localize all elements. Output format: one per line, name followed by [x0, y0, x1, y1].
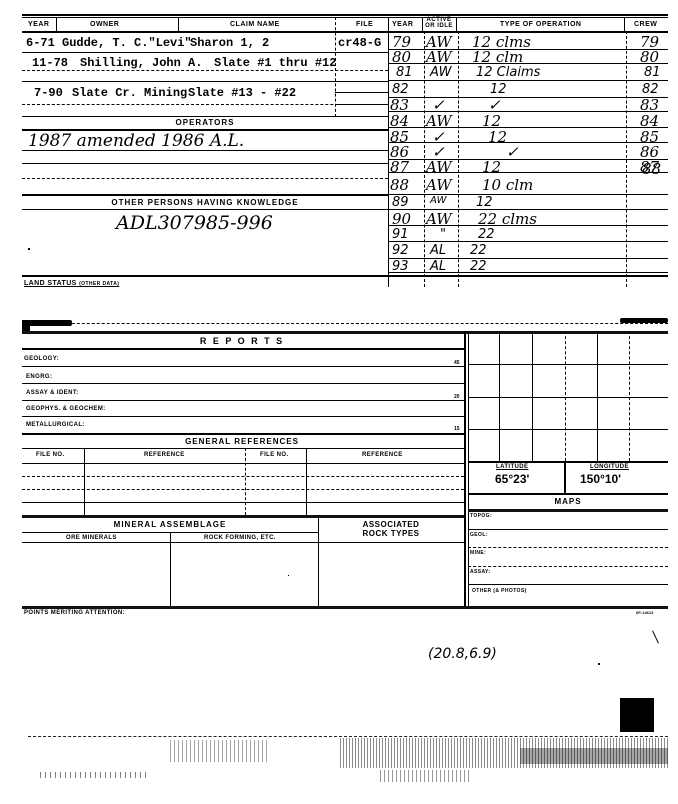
claim-row-3-year: 7-90 [34, 86, 63, 100]
longitude-value: 150°10' [580, 472, 621, 486]
op-row-10-status: AW [426, 176, 452, 194]
maps-title: MAPS [468, 497, 668, 506]
op-row-9-type: 12 [482, 158, 501, 176]
op-row-13-status: " [440, 227, 446, 242]
other-persons-entry-1: ADL307985-996 [116, 212, 273, 234]
points-meriting-attention-label: POINTS MERITING ATTENTION: [24, 610, 125, 616]
op-row-9-status: AW [426, 158, 452, 176]
op-row-13-year: 91 [392, 227, 409, 242]
claim-row-1-owner: Gudde, T. C."Levi" [62, 36, 192, 50]
op-row-11-type: 12 [476, 195, 493, 210]
col-header-active-idle: ACTIVE OR IDLE [424, 17, 454, 29]
maps-other-photos: OTHER (& PHOTOS) [472, 588, 527, 594]
longitude-label: LONGITUDE [590, 464, 629, 470]
op-row-4-type: 12 [490, 82, 507, 97]
land-status-sublabel: (OTHER DATA) [79, 281, 119, 287]
op-row-9-year: 87 [390, 158, 409, 176]
col-header-year: YEAR [28, 21, 49, 28]
op-row-7-type: 12 [488, 128, 507, 146]
maps-assay: ASSAY: [470, 569, 490, 575]
col-header-op-year: YEAR [392, 21, 413, 28]
operator-entry-1: 1987 amended 1986 A.L. [28, 131, 244, 151]
claim-row-2-claim-name: Slate #1 thru #12 [214, 56, 336, 70]
maps-topog: TOPOG: [470, 513, 492, 519]
op-row-8-type: ✓ [506, 143, 519, 161]
op-row-10-type: 10 clm [482, 176, 533, 194]
report-geophys-label: GEOPHYS. & GEOCHEM: [26, 406, 106, 412]
report-metallurgical-label: METALLURGICAL: [26, 422, 85, 428]
col-header-claim-name: CLAIM NAME [230, 21, 280, 28]
maps-mine: MINE: [470, 550, 486, 556]
op-row-14-status: AL [430, 243, 446, 258]
report-geology-label: GEOLOGY: [24, 356, 59, 362]
op-row-2-year: 80 [392, 48, 411, 66]
land-status-label: LAND STATUS [24, 280, 77, 287]
claim-row-2-year: 11-78 [32, 56, 68, 70]
form-number: 6P-14613 [636, 610, 653, 615]
operators-title: OPERATORS [22, 118, 388, 127]
claim-row-1-year: 6-71 [26, 36, 55, 50]
col-header-crew: CREW [634, 21, 657, 28]
associated-rock-types-line2: ROCK TYPES [318, 529, 464, 538]
claim-row-1-claim-name: Sharon 1, 2 [190, 36, 269, 50]
report-assay-label: ASSAY & IDENT: [26, 390, 79, 396]
report-engrg-label: ENGRG: [26, 374, 52, 380]
col-header-file: FILE [356, 21, 373, 28]
op-row-10-year: 88 [390, 176, 409, 194]
handwritten-coordinates-note: (20.8,6.9) [428, 646, 497, 662]
latitude-value: 65°23' [495, 472, 529, 486]
report-metallurgical-page: 15 [454, 426, 460, 432]
op-row-2-crew: 80 [640, 48, 659, 66]
op-row-4-crew: 82 [642, 82, 659, 97]
op-row-12-type: 22 clms [478, 210, 537, 228]
col-header-owner: OWNER [90, 21, 119, 28]
op-row-15-type: 22 [470, 259, 487, 274]
claim-row-2-owner: Shilling, John A. [80, 56, 202, 70]
op-row-3-status: AW [430, 65, 452, 80]
op-row-4-year: 82 [392, 82, 409, 97]
reports-title: R E P O R T S [22, 336, 462, 346]
op-row-3-crew: 81 [644, 65, 661, 80]
general-references-title: GENERAL REFERENCES [22, 437, 462, 446]
maps-geol: GEOL: [470, 532, 488, 538]
claim-row-3-claim-name: Slate #13 - #22 [188, 86, 296, 100]
associated-rock-types-line1: ASSOCIATED [318, 520, 464, 529]
op-row-14-year: 92 [392, 243, 409, 258]
claim-row-3-owner: Slate Cr. Mining [72, 86, 187, 100]
op-row-13-type: 22 [478, 227, 495, 242]
gen-ref-header-file-no-1: FILE NO. [36, 452, 65, 458]
claim-row-1-file: cr48-G [338, 36, 381, 50]
op-row-15-year: 93 [392, 259, 409, 274]
ore-minerals-header: ORE MINERALS [66, 535, 117, 541]
op-row-2-type: 12 clm [472, 48, 523, 66]
op-row-3-year: 81 [396, 65, 413, 80]
op-row-11-status: AW [430, 195, 447, 206]
op-row-15-status: AL [430, 259, 446, 274]
col-header-type-operation: TYPE OF OPERATION [500, 21, 582, 28]
mineral-assemblage-title: MINERAL ASSEMBLAGE [22, 520, 318, 529]
op-row-2-status: AW [426, 48, 452, 66]
op-row-3-type: 12 Claims [476, 65, 540, 80]
latitude-label: LATITUDE [496, 464, 528, 470]
op-row-10-crew: 88 [642, 160, 661, 178]
op-row-12-status: AW [426, 210, 452, 228]
rock-forming-header: ROCK FORMING, ETC. [204, 535, 276, 541]
gen-ref-header-reference-1: REFERENCE [144, 452, 185, 458]
op-row-12-year: 90 [392, 210, 411, 228]
op-row-14-type: 22 [470, 243, 487, 258]
stray-mark [652, 630, 659, 643]
gen-ref-header-reference-2: REFERENCE [362, 452, 403, 458]
op-row-11-year: 89 [392, 195, 409, 210]
other-persons-title: OTHER PERSONS HAVING KNOWLEDGE [22, 198, 388, 207]
gen-ref-header-file-no-2: FILE NO. [260, 452, 289, 458]
